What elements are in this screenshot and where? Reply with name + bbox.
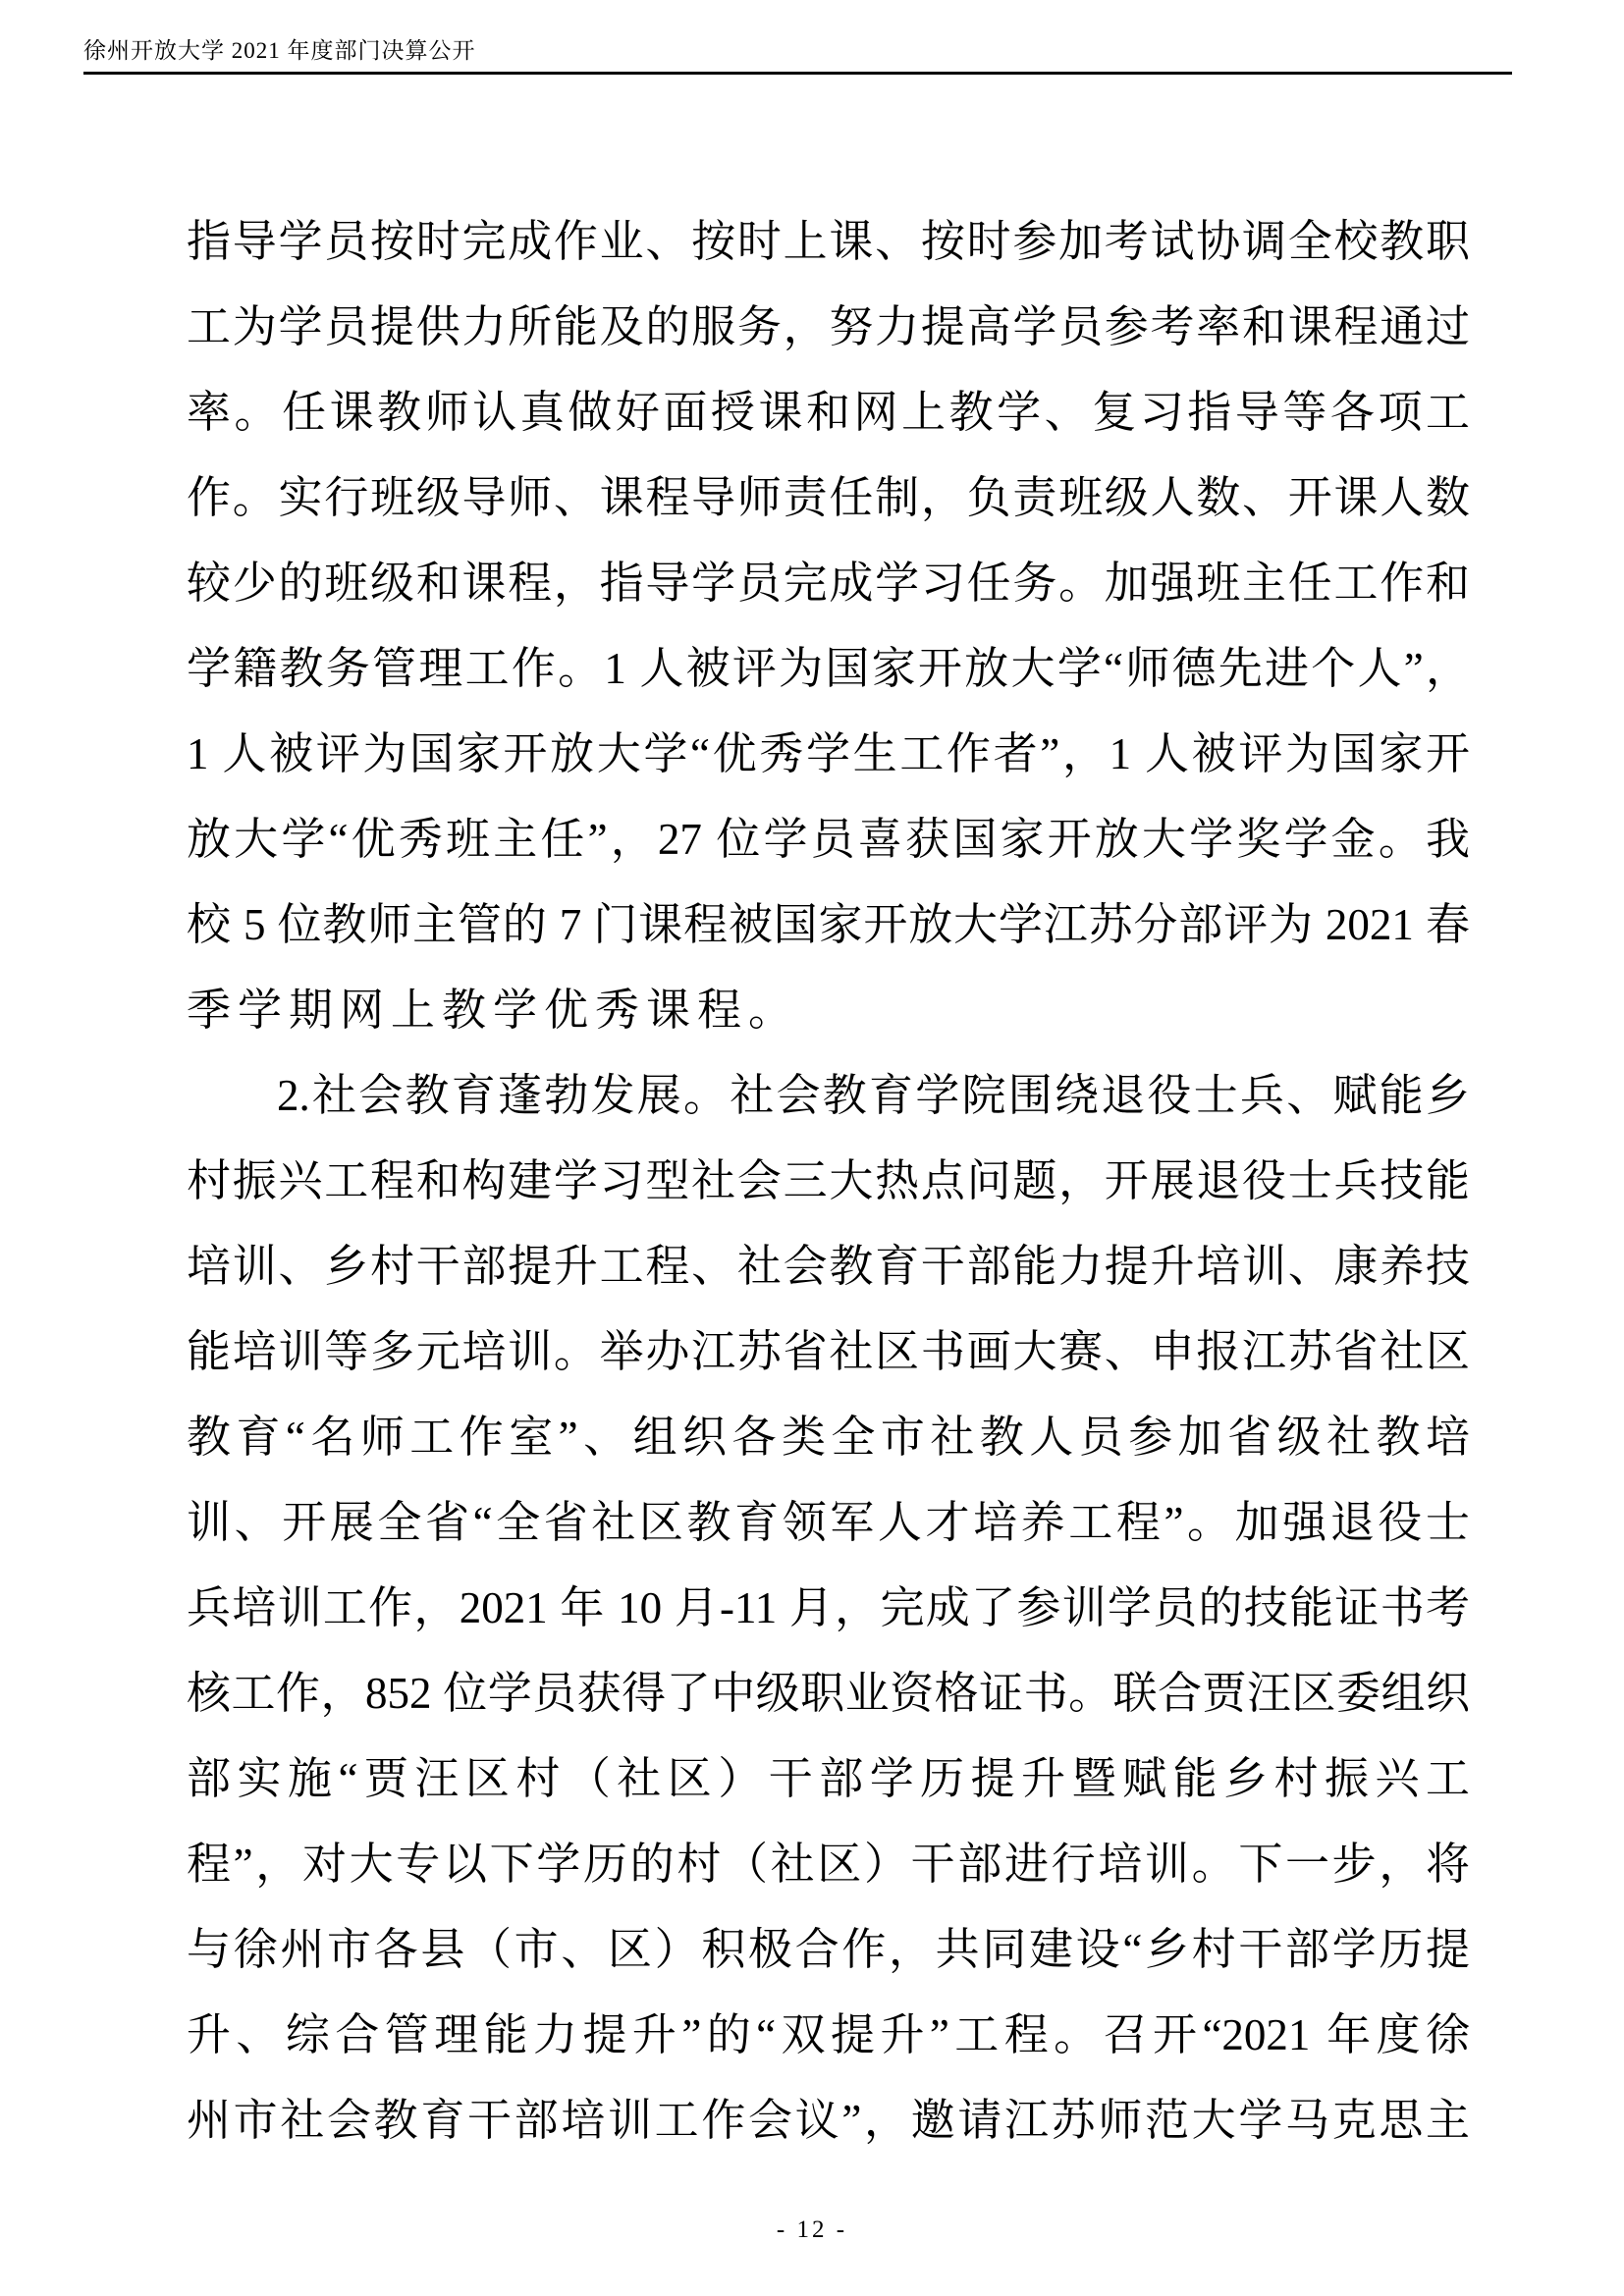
body-line: 校 5 位教师主管的 7 门课程被国家开放大学江苏分部评为 2021 春 bbox=[187, 882, 1470, 968]
header-rule bbox=[83, 72, 1512, 75]
body-line: 1 人被评为国家开放大学“优秀学生工作者”，1 人被评为国家开 bbox=[187, 712, 1470, 797]
body-line: 放大学“优秀班主任”，27 位学员喜获国家开放大学奖学金。我 bbox=[187, 797, 1470, 882]
page-footer: - 12 - bbox=[0, 2216, 1624, 2244]
body-line: 程”，对大专以下学历的村（社区）干部进行培训。下一步，将 bbox=[187, 1822, 1470, 1907]
body-line: 工为学员提供力所能及的服务，努力提高学员参考率和课程通过 bbox=[187, 285, 1470, 370]
document-body: 指导学员按时完成作业、按时上课、按时参加考试协调全校教职 工为学员提供力所能及的… bbox=[187, 199, 1470, 2163]
body-line: 作。实行班级导师、课程导师责任制，负责班级人数、开课人数 bbox=[187, 455, 1470, 541]
document-page: 徐州开放大学 2021 年度部门决算公开 指导学员按时完成作业、按时上课、按时参… bbox=[0, 0, 1624, 2296]
body-line: 升、综合管理能力提升”的“双提升”工程。召开“2021 年度徐 bbox=[187, 1993, 1470, 2078]
body-line-paragraph-start: 2.社会教育蓬勃发展。社会教育学院围绕退役士兵、赋能乡 bbox=[187, 1053, 1470, 1139]
body-line: 较少的班级和课程，指导学员完成学习任务。加强班主任工作和 bbox=[187, 541, 1470, 626]
body-line: 州市社会教育干部培训工作会议”，邀请江苏师范大学马克思主 bbox=[187, 2078, 1470, 2163]
body-line: 兵培训工作，2021 年 10 月-11 月，完成了参训学员的技能证书考 bbox=[187, 1566, 1470, 1651]
header-title: 徐州开放大学 2021 年度部门决算公开 bbox=[83, 37, 476, 65]
body-line: 与徐州市各县（市、区）积极合作，共同建设“乡村干部学历提 bbox=[187, 1907, 1470, 1993]
body-line-paragraph-end: 季学期网上教学优秀课程。 bbox=[187, 968, 1470, 1053]
body-line: 指导学员按时完成作业、按时上课、按时参加考试协调全校教职 bbox=[187, 199, 1470, 285]
body-line: 训、开展全省“全省社区教育领军人才培养工程”。加强退役士 bbox=[187, 1480, 1470, 1566]
body-line: 村振兴工程和构建学习型社会三大热点问题，开展退役士兵技能 bbox=[187, 1139, 1470, 1224]
body-line: 教育“名师工作室”、组织各类全市社教人员参加省级社教培 bbox=[187, 1395, 1470, 1480]
body-line: 能培训等多元培训。举办江苏省社区书画大赛、申报江苏省社区 bbox=[187, 1309, 1470, 1395]
body-line: 学籍教务管理工作。1 人被评为国家开放大学“师德先进个人”， bbox=[187, 626, 1470, 712]
page-number: - 12 - bbox=[777, 2216, 847, 2243]
body-line: 率。任课教师认真做好面授课和网上教学、复习指导等各项工 bbox=[187, 370, 1470, 455]
body-line: 部实施“贾汪区村（社区）干部学历提升暨赋能乡村振兴工 bbox=[187, 1736, 1470, 1822]
body-line: 培训、乡村干部提升工程、社会教育干部能力提升培训、康养技 bbox=[187, 1224, 1470, 1309]
body-line: 核工作，852 位学员获得了中级职业资格证书。联合贾汪区委组织 bbox=[187, 1651, 1470, 1736]
